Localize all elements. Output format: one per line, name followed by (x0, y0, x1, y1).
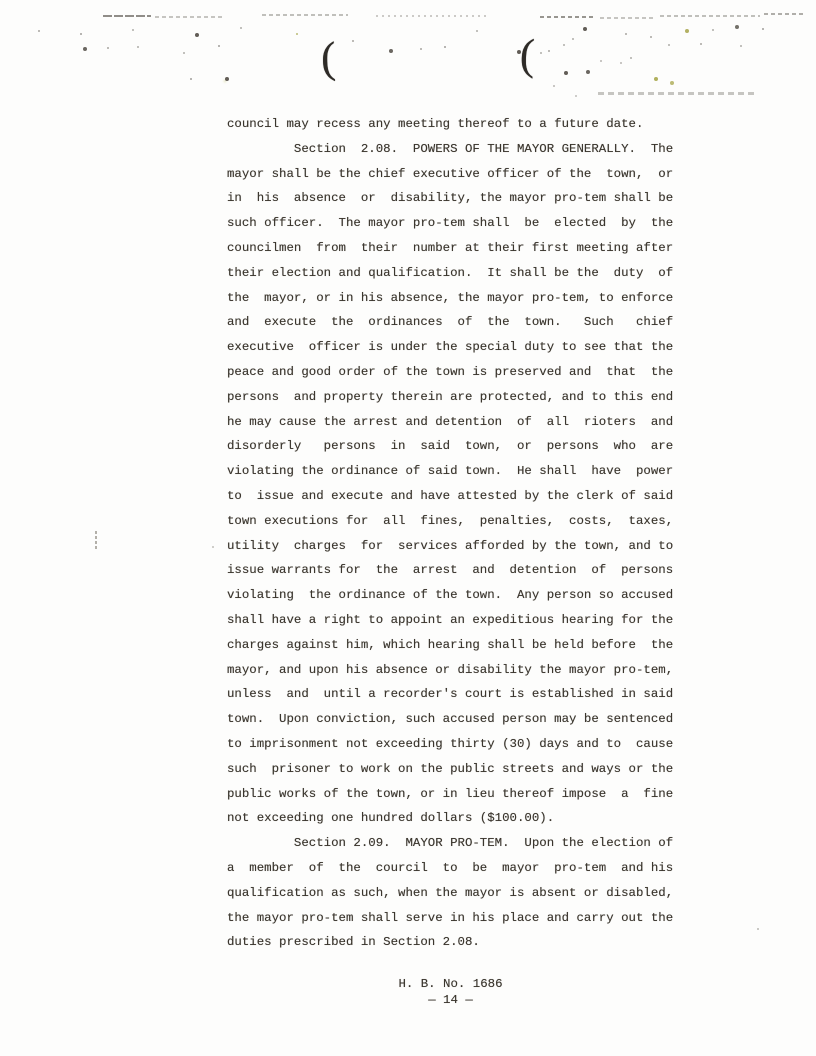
text-line: unless and until a recorder's court is e… (227, 682, 677, 707)
text-line: persons and property therein are protect… (227, 385, 677, 410)
scan-artifact-dash-line (376, 15, 488, 17)
text-line: the mayor pro-tem shall serve in his pla… (227, 906, 677, 931)
scan-artifact-dash-line (540, 16, 596, 18)
text-line: councilmen from their number at their fi… (227, 236, 677, 261)
text-line: shall have a right to appoint an expedit… (227, 608, 677, 633)
scan-artifact-paren-right: ( (519, 33, 535, 77)
text-line: such prisoner to work on the public stre… (227, 757, 677, 782)
text-line: he may cause the arrest and detention of… (227, 410, 677, 435)
text-line: qualification as such, when the mayor is… (227, 881, 677, 906)
scan-artifact-dash-line (103, 15, 151, 17)
text-line: Section 2.08. POWERS OF THE MAYOR GENERA… (227, 137, 677, 162)
text-line: peace and good order of the town is pres… (227, 360, 677, 385)
text-line: to issue and execute and have attested b… (227, 484, 677, 509)
bill-number: H. B. No. 1686 (227, 977, 674, 993)
text-line: town executions for all fines, penalties… (227, 509, 677, 534)
text-line: such officer. The mayor pro-tem shall be… (227, 211, 677, 236)
text-line: mayor, and upon his absence or disabilit… (227, 658, 677, 683)
text-line: executive officer is under the special d… (227, 335, 677, 360)
page-number: — 14 — (227, 993, 674, 1009)
text-line: a member of the courcil to be mayor pro-… (227, 856, 677, 881)
text-line: public works of the town, or in lieu the… (227, 782, 677, 807)
text-line: issue warrants for the arrest and detent… (227, 558, 677, 583)
text-line: violating the ordinance of said town. He… (227, 459, 677, 484)
scan-artifact-dash-line (598, 92, 756, 95)
text-line: duties prescribed in Section 2.08. (227, 930, 677, 955)
text-line: utility charges for services afforded by… (227, 534, 677, 559)
text-line: town. Upon conviction, such accused pers… (227, 707, 677, 732)
text-line: to imprisonment not exceeding thirty (30… (227, 732, 677, 757)
scan-artifact-dash-line (600, 17, 654, 19)
text-line: in his absence or disability, the mayor … (227, 186, 677, 211)
scan-artifact-margin-tick (95, 531, 97, 549)
scanned-document-page: ( ( council may recess any meeting there… (0, 0, 816, 1056)
scan-artifact-dash-line (764, 13, 806, 15)
scan-noise-speckles (0, 0, 2, 2)
text-line: and execute the ordinances of the town. … (227, 310, 677, 335)
document-body: council may recess any meeting thereof t… (227, 112, 677, 955)
scan-artifact-dash-line (155, 16, 223, 18)
text-line: their election and qualification. It sha… (227, 261, 677, 286)
scan-artifact-paren-left: ( (320, 36, 336, 80)
text-line: charges against him, which hearing shall… (227, 633, 677, 658)
text-line: violating the ordinance of the town. Any… (227, 583, 677, 608)
text-line: mayor shall be the chief executive offic… (227, 162, 677, 187)
text-line: the mayor, or in his absence, the mayor … (227, 286, 677, 311)
document-footer: H. B. No. 1686 — 14 — (227, 977, 674, 1008)
text-line: disorderly persons in said town, or pers… (227, 434, 677, 459)
text-line: Section 2.09. MAYOR PRO-TEM. Upon the el… (227, 831, 677, 856)
scan-artifact-dash-line (660, 15, 760, 17)
scan-artifact-dash-line (262, 14, 348, 16)
text-line: council may recess any meeting thereof t… (227, 112, 677, 137)
text-line: not exceeding one hundred dollars ($100.… (227, 806, 677, 831)
